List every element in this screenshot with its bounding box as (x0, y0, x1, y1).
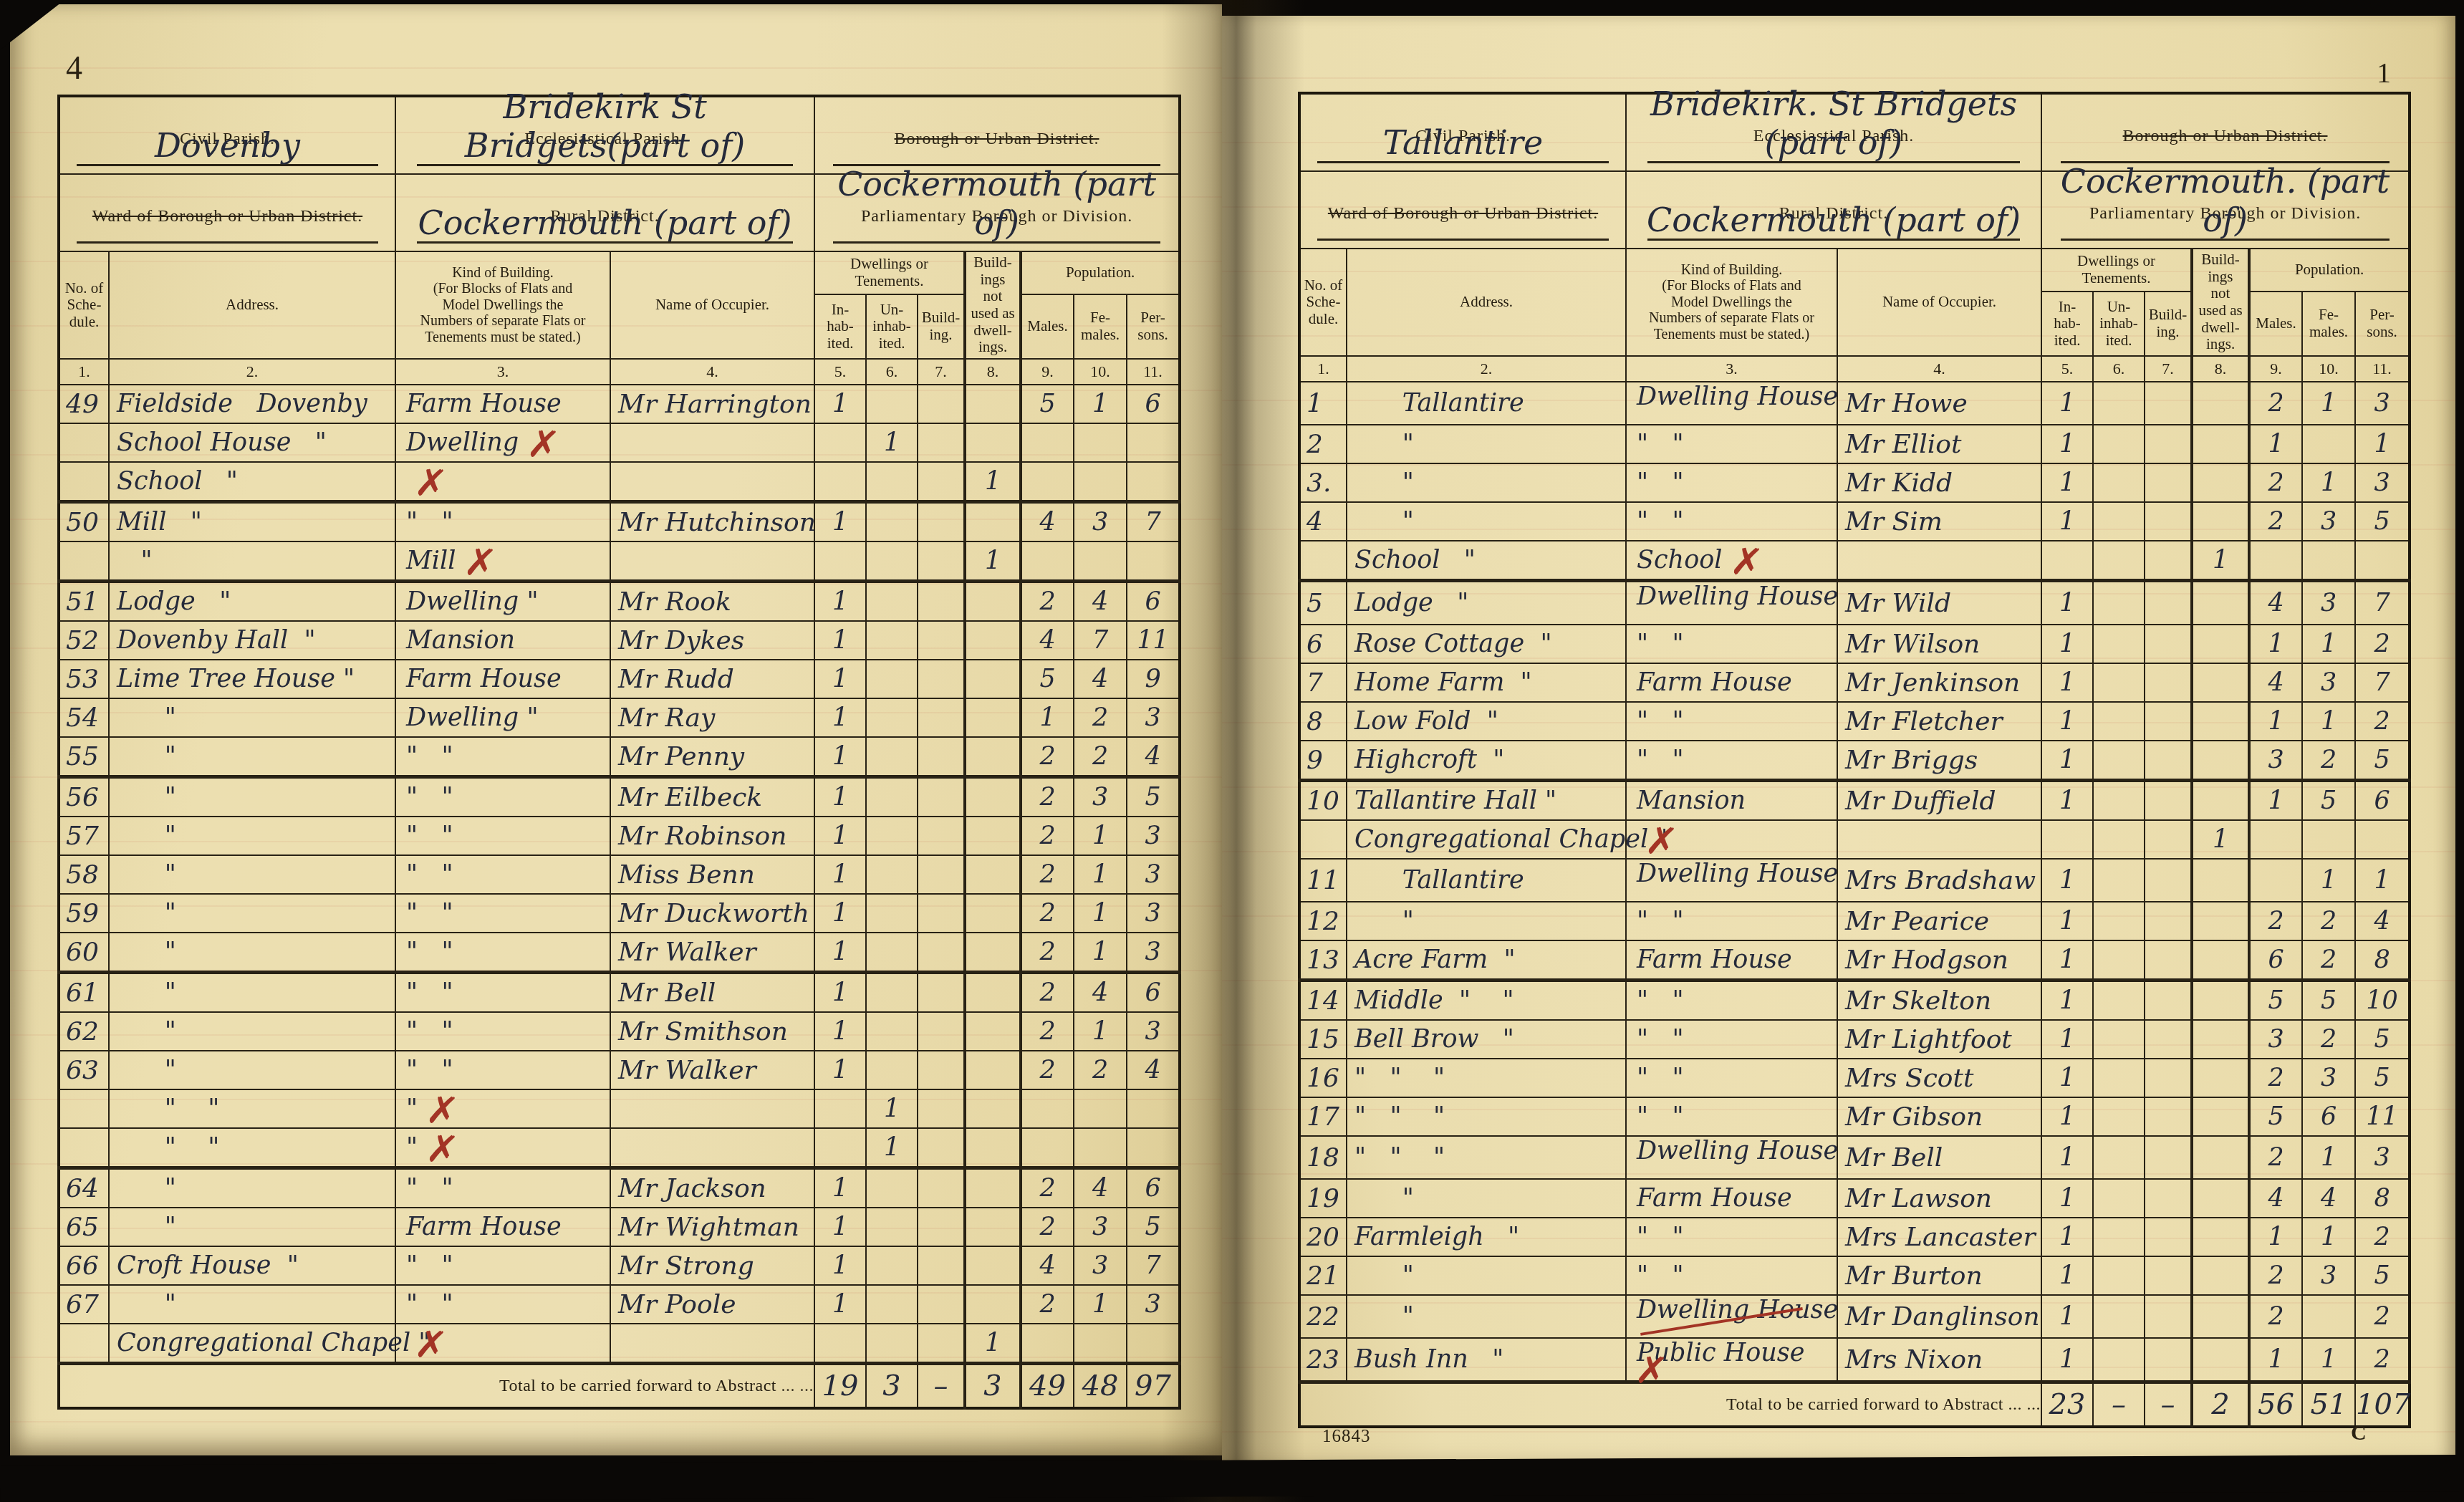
col-num-4: 4. (610, 359, 814, 385)
table-row: 13 Acre Farm " Farm House Mr Hodgson 1 6… (1299, 940, 2410, 981)
uninhabited-cell (866, 1285, 918, 1324)
red-check-mark (406, 480, 447, 493)
males-cell: 2 (1021, 1012, 1074, 1051)
building-cell (918, 423, 965, 462)
address-cell: Congregational Chapel " (109, 1324, 395, 1364)
kind-of-building-cell: " " (1626, 425, 1837, 463)
col-males: Males. (1021, 294, 1074, 359)
address-cell: Fieldside Dovenby (109, 385, 395, 423)
inhabited-cell: 1 (814, 1208, 866, 1246)
occupier-cell: Mr Wild (1837, 581, 2041, 625)
persons-cell: 7 (1127, 1246, 1180, 1285)
inhabited-cell: 1 (2041, 1020, 2093, 1059)
table-row: 3. " " " Mr Kidd 1 2 1 3 (1299, 463, 2410, 502)
persons-cell: 6 (1127, 582, 1180, 622)
building-cell (2145, 1059, 2192, 1097)
persons-cell: 3 (1127, 1012, 1180, 1051)
not-used-cell (2192, 1218, 2249, 1256)
occupier-cell: Mr Rudd (610, 660, 814, 698)
address-cell: " (109, 1012, 395, 1051)
table-row: " " " 1 (59, 1128, 1180, 1168)
uninhabited-cell (866, 817, 918, 855)
col-occupier: Name of Occupier. (1837, 249, 2041, 356)
not-used-cell (965, 973, 1021, 1013)
occupier-cell: Mr Jenkinson (1837, 663, 2041, 702)
males-cell: 2 (2249, 1295, 2302, 1338)
table-row: 20 Farmleigh " " " Mrs Lancaster 1 1 1 2 (1299, 1218, 2410, 1256)
males-cell: 2 (1021, 1168, 1074, 1208)
address-cell: " " (109, 1089, 395, 1128)
inhabited-cell: 1 (2041, 781, 2093, 821)
occupier-cell: Mr Briggs (1837, 741, 2041, 781)
col-num-7: 7. (2145, 356, 2192, 382)
address-cell: " (1347, 463, 1626, 502)
females-cell: 1 (1074, 894, 1127, 933)
address-cell: Tallantire (1347, 382, 1626, 425)
building-cell (918, 933, 965, 973)
inhabited-cell: 1 (2041, 1256, 2093, 1295)
kind-of-building-cell: Mansion (1626, 781, 1837, 821)
persons-cell: 6 (1127, 385, 1180, 423)
inhabited-cell: 1 (2041, 425, 2093, 463)
inhabited-cell: 1 (2041, 741, 2093, 781)
schedule-cell: 65 (59, 1208, 109, 1246)
inhabited-cell: 1 (814, 777, 866, 817)
total-building: – (918, 1364, 965, 1409)
parish-band-row1: Civil Parish. Tallantire Ecclesiastical … (1299, 93, 2410, 171)
kind-of-building-cell: Farm House (1626, 1179, 1837, 1218)
inhabited-cell (814, 462, 866, 502)
schedule-cell (1299, 541, 1347, 581)
not-used-cell: 1 (2192, 541, 2249, 581)
address-cell: School " (109, 462, 395, 502)
females-cell (2302, 1295, 2355, 1338)
col-females: Fe- males. (1074, 294, 1127, 359)
uninhabited-cell (866, 894, 918, 933)
inhabited-cell: 1 (2041, 663, 2093, 702)
inhabited-cell: 1 (2041, 1338, 2093, 1382)
col-num-1: 1. (59, 359, 109, 385)
occupier-cell: Mrs Lancaster (1837, 1218, 2041, 1256)
persons-cell (2355, 541, 2410, 581)
address-cell: Highcroft " (1347, 741, 1626, 781)
occupier-cell: Mr Sim (1837, 502, 2041, 541)
females-cell: 1 (1074, 1285, 1127, 1324)
address-cell: " (109, 1051, 395, 1089)
address-cell: " (1347, 1295, 1626, 1338)
inhabited-cell (814, 1324, 866, 1364)
kind-of-building-cell: " " (395, 973, 610, 1013)
red-check-mark (418, 1146, 458, 1159)
kind-of-building-cell: " " (395, 855, 610, 894)
persons-cell: 5 (2355, 741, 2410, 781)
kind-of-building-cell: " " (395, 1168, 610, 1208)
building-cell (2145, 902, 2192, 940)
males-cell: 2 (1021, 582, 1074, 622)
inhabited-cell: 1 (2041, 1136, 2093, 1179)
persons-cell: 7 (1127, 502, 1180, 542)
schedule-cell (59, 541, 109, 582)
schedule-cell: 50 (59, 502, 109, 542)
not-used-cell (2192, 425, 2249, 463)
not-used-cell (2192, 1179, 2249, 1218)
not-used-cell (2192, 1338, 2249, 1382)
building-cell (918, 1285, 965, 1324)
females-cell: 4 (1074, 582, 1127, 622)
kind-of-building-cell: " " (1626, 702, 1837, 741)
total-persons: 97 (1127, 1364, 1180, 1409)
ecclesiastical-parish-value: Bridekirk St Bridgets(part of) (465, 87, 745, 165)
persons-cell: 6 (1127, 1168, 1180, 1208)
ward-label: Ward of Borough or Urban District. (1301, 197, 1625, 223)
kind-of-building-cell: " " (395, 1246, 610, 1285)
col-num-2: 2. (1347, 356, 1626, 382)
females-cell (2302, 425, 2355, 463)
kind-of-building-cell: " " (1626, 625, 1837, 663)
males-cell: 2 (2249, 902, 2302, 940)
kind-of-building-cell: " " (395, 777, 610, 817)
address-cell: Congregational Chapel " (1347, 820, 1626, 859)
not-used-cell (965, 737, 1021, 777)
building-cell (918, 1128, 965, 1168)
persons-cell: 3 (2355, 1136, 2410, 1179)
occupier-cell: Mr Rook (610, 582, 814, 622)
kind-of-building-cell: Farm House (395, 660, 610, 698)
not-used-cell (2192, 1136, 2249, 1179)
not-used-cell (2192, 940, 2249, 981)
not-used-cell (2192, 702, 2249, 741)
kind-of-building-cell: " " (395, 737, 610, 777)
table-row: 14 Middle " " " " Mr Skelton 1 5 5 10 (1299, 981, 2410, 1021)
col-num-9: 9. (2249, 356, 2302, 382)
males-cell (1021, 423, 1074, 462)
schedule-cell: 23 (1299, 1338, 1347, 1382)
schedule-cell: 64 (59, 1168, 109, 1208)
females-cell: 3 (1074, 502, 1127, 542)
schedule-cell (59, 462, 109, 502)
persons-cell: 6 (1127, 973, 1180, 1013)
table-row: 18 " " " Dwelling House Mr Bell 1 2 1 3 (1299, 1136, 2410, 1179)
address-cell: " " " (1347, 1136, 1626, 1179)
persons-cell: 8 (2355, 1179, 2410, 1218)
left-rows: 49 Fieldside Dovenby Farm House Mr Harri… (59, 385, 1180, 1364)
table-row: " Mill 1 (59, 541, 1180, 582)
occupier-cell: Mr Smithson (610, 1012, 814, 1051)
uninhabited-cell (2093, 781, 2145, 821)
total-males: 49 (1021, 1364, 1074, 1409)
occupier-cell: Mr Elliot (1837, 425, 2041, 463)
males-cell: 2 (2249, 1059, 2302, 1097)
persons-cell: 5 (2355, 502, 2410, 541)
persons-cell: 3 (1127, 933, 1180, 973)
address-cell: Middle " " (1347, 981, 1626, 1021)
kind-of-building-cell: Dwelling (395, 423, 610, 462)
males-cell: 5 (2249, 981, 2302, 1021)
persons-cell: 3 (2355, 382, 2410, 425)
persons-cell: 7 (2355, 663, 2410, 702)
males-cell: 5 (1021, 660, 1074, 698)
uninhabited-cell: 1 (866, 423, 918, 462)
col-building: Build- ing. (918, 294, 965, 359)
col-schedule: No. of Sche- dule. (59, 251, 109, 359)
col-uninhabited: Un- inhab- ited. (866, 294, 918, 359)
males-cell: 4 (2249, 663, 2302, 702)
red-check-mark (1722, 559, 1763, 572)
not-used-cell (965, 385, 1021, 423)
inhabited-cell: 1 (814, 1246, 866, 1285)
persons-cell: 9 (1127, 660, 1180, 698)
kind-of-building-cell: Mansion (395, 621, 610, 660)
red-check-mark (1637, 838, 1678, 851)
building-cell (918, 1168, 965, 1208)
males-cell (2249, 820, 2302, 859)
print-code: 16843 (1322, 1427, 1371, 1447)
females-cell: 1 (2302, 463, 2355, 502)
building-cell (2145, 625, 2192, 663)
col-kind: Kind of Building. (For Blocks of Flats a… (395, 251, 610, 359)
not-used-cell (965, 660, 1021, 698)
males-cell (1021, 1089, 1074, 1128)
building-cell (2145, 1256, 2192, 1295)
persons-cell: 2 (2355, 1295, 2410, 1338)
parish-band-row1: Civil Parish. Dovenby Ecclesiastical Par… (59, 96, 1180, 174)
building-cell (2145, 940, 2192, 981)
occupier-cell: Mr Lightfoot (1837, 1020, 2041, 1059)
occupier-cell: Mr Harrington (610, 385, 814, 423)
underline (77, 241, 377, 244)
table-row: 66 Croft House " " " Mr Strong 1 4 3 7 (59, 1246, 1180, 1285)
census-table-left: Civil Parish. Dovenby Ecclesiastical Par… (57, 95, 1181, 1410)
inhabited-cell: 1 (814, 973, 866, 1013)
kind-of-building-cell: " " (1626, 1059, 1837, 1097)
col-num-4: 4. (1837, 356, 2041, 382)
building-cell (918, 737, 965, 777)
inhabited-cell: 1 (814, 582, 866, 622)
not-used-cell (2192, 1059, 2249, 1097)
schedule-cell: 55 (59, 737, 109, 777)
col-males: Males. (2249, 292, 2302, 356)
females-cell (1074, 1089, 1127, 1128)
address-cell: " (109, 973, 395, 1013)
table-row: " " " 1 (59, 1089, 1180, 1128)
occupier-cell (610, 423, 814, 462)
civil-parish-cell: Civil Parish. Dovenby (59, 96, 395, 174)
kind-of-building-cell: Dwelling House (1626, 1295, 1837, 1338)
females-cell (1074, 541, 1127, 582)
not-used-cell (2192, 981, 2249, 1021)
schedule-cell: 15 (1299, 1020, 1347, 1059)
kind-of-building-cell: Public House (1626, 1338, 1837, 1382)
uninhabited-cell (866, 462, 918, 502)
total-label: Total to be carried forward to Abstract … (1299, 1382, 2041, 1428)
kind-of-building-cell: " " (1626, 902, 1837, 940)
persons-cell: 5 (1127, 1208, 1180, 1246)
females-cell: 3 (2302, 581, 2355, 625)
total-persons: 107 (2355, 1382, 2410, 1428)
kind-of-building-cell: Dwelling " (395, 698, 610, 737)
uninhabited-cell (2093, 581, 2145, 625)
col-not-used: Build- ings not used as dwell- ings. (2192, 249, 2249, 356)
kind-of-building-cell: " " (395, 1051, 610, 1089)
persons-cell: 1 (2355, 859, 2410, 902)
address-cell: " (109, 933, 395, 973)
table-row: 65 " Farm House Mr Wightman 1 2 3 5 (59, 1208, 1180, 1246)
uninhabited-cell (2093, 1338, 2145, 1382)
civil-parish-value: Dovenby (155, 126, 300, 165)
address-cell: Home Farm " (1347, 663, 1626, 702)
uninhabited-cell (2093, 820, 2145, 859)
persons-cell: 6 (2355, 781, 2410, 821)
kind-of-building-cell: " " (1626, 1256, 1837, 1295)
males-cell: 2 (2249, 1136, 2302, 1179)
uninhabited-cell: 1 (866, 1089, 918, 1128)
table-row: 59 " " " Mr Duckworth 1 2 1 3 (59, 894, 1180, 933)
uninhabited-cell (2093, 859, 2145, 902)
borough-label: Borough or Urban District. (2042, 120, 2408, 146)
females-cell: 4 (1074, 1168, 1127, 1208)
inhabited-cell (814, 423, 866, 462)
occupier-cell (610, 1089, 814, 1128)
kind-of-building-cell (395, 462, 610, 502)
kind-of-building-cell: " (395, 1128, 610, 1168)
kind-of-building-cell: Dwelling House (1626, 1136, 1837, 1179)
uninhabited-cell (2093, 1179, 2145, 1218)
inhabited-cell: 1 (814, 1012, 866, 1051)
table-row: 63 " " " Mr Walker 1 2 2 4 (59, 1051, 1180, 1089)
table-row: 54 " Dwelling " Mr Ray 1 1 2 3 (59, 698, 1180, 737)
parliamentary-cell: Parliamentary Borough or Division. Cocke… (814, 174, 1180, 251)
uninhabited-cell (866, 1051, 918, 1089)
building-cell (2145, 502, 2192, 541)
males-cell: 4 (2249, 1179, 2302, 1218)
not-used-cell (2192, 463, 2249, 502)
column-number-row: 1. 2. 3. 4. 5. 6. 7. 8. 9. 10. 11. (1299, 356, 2410, 382)
kind-of-building-cell: " " (395, 933, 610, 973)
males-cell: 1 (1021, 698, 1074, 737)
males-cell: 1 (2249, 1218, 2302, 1256)
schedule-cell: 59 (59, 894, 109, 933)
inhabited-cell: 1 (2041, 1097, 2093, 1136)
building-cell (2145, 741, 2192, 781)
occupier-cell: Mr Kidd (1837, 463, 2041, 502)
address-cell: Low Fold " (1347, 702, 1626, 741)
building-cell (918, 698, 965, 737)
schedule-cell: 57 (59, 817, 109, 855)
males-cell: 2 (2249, 463, 2302, 502)
inhabited-cell: 1 (2041, 981, 2093, 1021)
inhabited-cell: 1 (814, 817, 866, 855)
col-population-group: Population. (1021, 251, 1180, 294)
scan-top-edge (1222, 0, 2464, 16)
uninhabited-cell (2093, 1295, 2145, 1338)
col-num-11: 11. (2355, 356, 2410, 382)
kind-of-building-cell: " " (1626, 981, 1837, 1021)
inhabited-cell: 1 (814, 621, 866, 660)
males-cell: 2 (1021, 933, 1074, 973)
building-cell (918, 621, 965, 660)
col-num-8: 8. (2192, 356, 2249, 382)
occupier-cell: Mr Eilbeck (610, 777, 814, 817)
table-row: 9 Highcroft " " " Mr Briggs 1 3 2 5 (1299, 741, 2410, 781)
females-cell: 1 (2302, 382, 2355, 425)
table-row: 67 " " " Mr Poole 1 2 1 3 (59, 1285, 1180, 1324)
females-cell: 2 (1074, 737, 1127, 777)
total-inhabited: 19 (814, 1364, 866, 1409)
parliamentary-value: Cockermouth (part of) (837, 165, 1156, 242)
males-cell: 4 (1021, 502, 1074, 542)
building-cell (2145, 1136, 2192, 1179)
occupier-cell: Mr Pearice (1837, 902, 2041, 940)
col-building: Build- ing. (2145, 292, 2192, 356)
building-cell (918, 1051, 965, 1089)
table-row: 10 Tallantire Hall " Mansion Mr Duffield… (1299, 781, 2410, 821)
uninhabited-cell (866, 582, 918, 622)
address-cell: Lime Tree House " (109, 660, 395, 698)
persons-cell: 2 (2355, 625, 2410, 663)
uninhabited-cell (2093, 741, 2145, 781)
schedule-cell: 9 (1299, 741, 1347, 781)
borough-label: Borough or Urban District. (815, 122, 1178, 149)
red-check-mark (418, 1107, 458, 1120)
not-used-cell (2192, 1295, 2249, 1338)
schedule-cell: 63 (59, 1051, 109, 1089)
uninhabited-cell (2093, 702, 2145, 741)
inhabited-cell: 1 (814, 698, 866, 737)
address-cell: Rose Cottage " (1347, 625, 1626, 663)
males-cell: 2 (1021, 1285, 1074, 1324)
building-cell (918, 1012, 965, 1051)
inhabited-cell: 1 (2041, 1295, 2093, 1338)
schedule-cell: 19 (1299, 1179, 1347, 1218)
building-cell (918, 502, 965, 542)
not-used-cell (965, 502, 1021, 542)
inhabited-cell: 1 (2041, 940, 2093, 981)
schedule-cell: 13 (1299, 940, 1347, 981)
table-row: 4 " " " Mr Sim 1 2 3 5 (1299, 502, 2410, 541)
occupier-cell: Mrs Bradshaw (1837, 859, 2041, 902)
not-used-cell (2192, 663, 2249, 702)
schedule-cell: 11 (1299, 859, 1347, 902)
inhabited-cell: 1 (814, 502, 866, 542)
inhabited-cell: 1 (2041, 1218, 2093, 1256)
uninhabited-cell (2093, 1218, 2145, 1256)
not-used-cell (965, 1208, 1021, 1246)
right-page-number: 1 (2377, 56, 2391, 90)
parliamentary-value: Cockermouth. (part of) (2061, 162, 2390, 239)
ecclesiastical-parish-cell: Ecclesiastical Parish. Bridekirk St Brid… (395, 96, 814, 174)
inhabited-cell (2041, 820, 2093, 859)
not-used-cell (2192, 581, 2249, 625)
females-cell: 6 (2302, 1097, 2355, 1136)
schedule-cell: 14 (1299, 981, 1347, 1021)
col-address: Address. (109, 251, 395, 359)
address-cell: School House " (109, 423, 395, 462)
schedule-cell: 18 (1299, 1136, 1347, 1179)
females-cell: 7 (1074, 621, 1127, 660)
uninhabited-cell (866, 973, 918, 1013)
table-row: 22 " Dwelling House Mr Danglinson 1 2 2 (1299, 1295, 2410, 1338)
males-cell: 2 (1021, 777, 1074, 817)
uninhabited-cell (2093, 902, 2145, 940)
persons-cell: 8 (2355, 940, 2410, 981)
schedule-cell: 5 (1299, 581, 1347, 625)
column-header-row: No. of Sche- dule. Address. Kind of Buil… (59, 251, 1180, 294)
table-row: School House " Dwelling 1 (59, 423, 1180, 462)
not-used-cell (965, 1168, 1021, 1208)
persons-cell: 3 (1127, 1285, 1180, 1324)
address-cell: " (109, 777, 395, 817)
col-not-used: Build- ings not used as dwell- ings. (965, 251, 1021, 359)
